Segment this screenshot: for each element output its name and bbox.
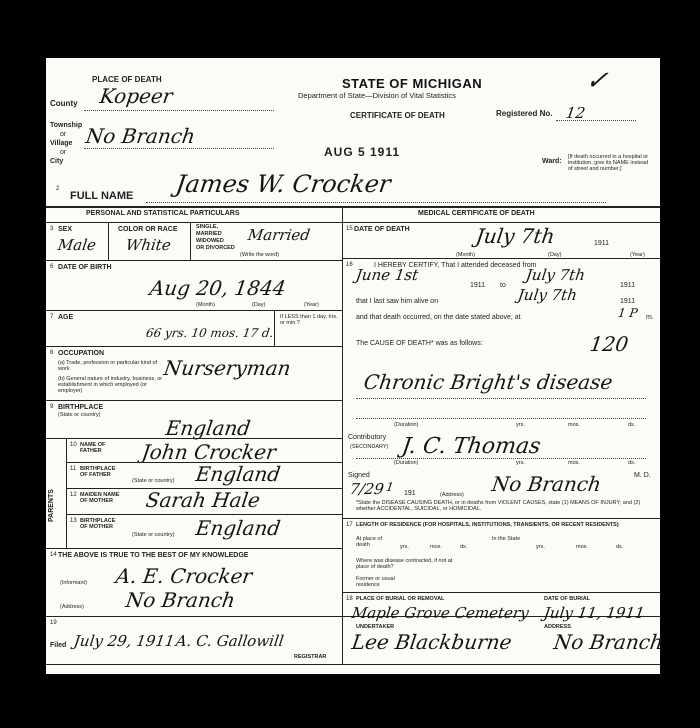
or-text: or: [60, 131, 66, 139]
birthplace-value: England: [164, 416, 252, 440]
time-unit: m.: [646, 314, 654, 322]
informant-statement: THE ABOVE IS TRUE TO THE BEST OF MY KNOW…: [58, 552, 248, 560]
residence-unit: ds.: [460, 544, 467, 550]
burial-place-value: Maple Grove Cemetery: [351, 604, 530, 622]
filed-date-value: July 29, 1911: [73, 632, 176, 650]
contributory-label: Contributory: [348, 434, 386, 442]
former-residence-label: Former or usual residence: [356, 576, 416, 588]
row-number: 18: [346, 596, 353, 603]
duration-unit: mos.: [568, 460, 580, 466]
cause-footnote: *State the DISEASE CAUSING DEATH, or in …: [356, 500, 656, 512]
full-name-value: James W. Crocker: [174, 170, 392, 198]
last-saw-year: 1911: [620, 298, 635, 306]
filed-label: Filed: [50, 642, 66, 650]
color-label: COLOR OR RACE: [118, 226, 178, 234]
signed-label: Signed: [348, 472, 370, 480]
duration-unit: yrs.: [516, 460, 525, 466]
cause-label: The CAUSE OF DEATH* was as follows:: [356, 340, 483, 348]
marital-hint: (Write the word): [240, 252, 279, 258]
duration-label: (Duration): [394, 422, 418, 428]
last-saw-text: that I last saw him alive on: [356, 298, 438, 306]
registered-no-value: 12: [565, 104, 587, 122]
attended-to-year: 1911: [620, 282, 635, 290]
to-text: to: [500, 282, 506, 290]
row-number: 19: [50, 620, 57, 627]
occupation-a: (a) Trade, profession or particular kind…: [58, 360, 158, 372]
row-number: 9: [50, 404, 53, 411]
ward-label: Ward:: [542, 158, 562, 166]
mother-name-value: Sarah Hale: [144, 488, 261, 512]
marital-option: WIDOWED: [196, 238, 224, 244]
secondary-label: (SECONDARY): [350, 444, 388, 450]
residence-label: LENGTH OF RESIDENCE (FOR HOSPITALS, INST…: [356, 522, 656, 528]
in-state-label: In the State: [492, 536, 532, 542]
village-value: No Branch: [84, 124, 196, 148]
at-place-label: At place of death: [356, 536, 396, 548]
duration-label: (Duration): [394, 460, 418, 466]
certificate-title: CERTIFICATE OF DEATH: [350, 112, 445, 121]
ward-note: [If death occurred in a hospital or inst…: [568, 154, 654, 172]
informant-address-value: No Branch: [124, 588, 236, 612]
date-of-death-year: 1911: [594, 240, 609, 248]
registrar-signature: A. C. Gallowill: [175, 632, 285, 650]
row-number: 13: [70, 518, 77, 525]
row-number: 16: [346, 262, 353, 269]
informant-value: A. E. Crocker: [114, 564, 253, 588]
burial-date-value: July 11, 1911: [543, 604, 646, 622]
residence-unit: ds.: [616, 544, 623, 550]
row-number: 7: [50, 314, 53, 321]
dob-hint: (Day): [252, 302, 265, 308]
color-value: White: [125, 236, 172, 254]
mother-birthplace-hint: (State or country): [132, 532, 175, 538]
undertaker-address-value: No Branch: [552, 630, 664, 654]
mother-name-label: MAIDEN NAME OF MOTHER: [80, 492, 120, 504]
date-of-death-label: DATE OF DEATH: [354, 226, 410, 234]
attended-from-value: June 1st: [355, 266, 420, 284]
cause-value: Chronic Bright's disease: [362, 370, 614, 394]
undertaker-value: Lee Blackburne: [350, 630, 513, 654]
dob-hint: (Month): [196, 302, 215, 308]
occupation-b: (b) General nature of industry, business…: [58, 376, 168, 394]
row-number: 14: [50, 552, 57, 559]
attended-to-value: July 7th: [525, 266, 586, 284]
department-name: Department of State—Division of Vital St…: [298, 92, 456, 100]
residence-unit: mos.: [576, 544, 588, 550]
residence-unit: yrs.: [400, 544, 409, 550]
burial-place-label: PLACE OF BURIAL OR REMOVAL: [356, 596, 444, 602]
row-number: 10: [70, 442, 77, 449]
row-number: 11: [70, 466, 76, 473]
row-number: 15: [346, 226, 353, 233]
father-birthplace-label: BIRTHPLACE OF FATHER: [80, 466, 120, 478]
check-mark: ✓: [584, 66, 610, 96]
sex-value: Male: [57, 236, 98, 254]
date-of-death-value: July 7th: [474, 224, 556, 248]
city-label: City: [50, 158, 63, 166]
marital-option: OR DIVORCED: [196, 245, 235, 251]
physician-signature: J. C. Thomas: [400, 434, 542, 459]
father-name-value: John Crocker: [140, 440, 277, 464]
md-suffix: M. D.: [634, 472, 651, 480]
marital-option: SINGLE,: [196, 224, 218, 230]
duration-unit: yrs.: [516, 422, 525, 428]
marital-status-value: Married: [247, 226, 311, 244]
medical-section-title: MEDICAL CERTIFICATE OF DEATH: [418, 210, 535, 218]
row-number: 17: [346, 522, 353, 529]
parents-label: PARENTS: [48, 489, 56, 522]
father-birthplace-hint: (State or country): [132, 478, 175, 484]
personal-section-title: PERSONAL AND STATISTICAL PARTICULARS: [86, 210, 239, 218]
death-occurred-text: and that death occurred, on the date sta…: [356, 314, 521, 322]
state-title: STATE OF MICHIGAN: [342, 76, 482, 91]
duration-unit: ds.: [628, 422, 635, 428]
attended-from-year: 1911: [470, 282, 485, 290]
registered-no-label: Registered No.: [496, 110, 552, 119]
sex-label: SEX: [58, 226, 72, 234]
age-less-label: If LESS than 1 day, hrs. or min.?: [280, 314, 338, 326]
informant-address-label: (Address): [60, 604, 84, 610]
signed-date-value: 7/29: [349, 480, 385, 498]
row-number: 3: [50, 226, 53, 233]
row-number: 2: [56, 186, 59, 193]
full-name-label: FULL NAME: [70, 190, 133, 202]
county-label: County: [50, 100, 78, 109]
row-number: 8: [50, 350, 53, 357]
dob-hint: (Year): [304, 302, 319, 308]
county-value: Kopeer: [98, 84, 174, 108]
dob-value: Aug 20, 1844: [148, 276, 287, 300]
dob-label: DATE OF BIRTH: [58, 264, 112, 272]
father-birthplace-value: England: [194, 462, 282, 486]
birthplace-label: BIRTHPLACE: [58, 404, 103, 412]
age-label: AGE: [58, 314, 73, 322]
marital-option: MARRIED: [196, 231, 222, 237]
duration-unit: mos.: [568, 422, 580, 428]
age-value: 66 yrs. 10 mos. 17 d.: [145, 326, 274, 340]
residence-unit: mos.: [430, 544, 442, 550]
physician-address-value: No Branch: [490, 472, 602, 496]
informant-label: (Informant): [60, 580, 87, 586]
signed-year-prefix: 191: [404, 490, 416, 498]
receipt-date-stamp: AUG 5 1911: [324, 146, 400, 159]
cause-code: 120: [588, 332, 630, 356]
signed-year: 1: [385, 480, 395, 494]
contracted-label: Where was disease contracted, if not at …: [356, 558, 466, 570]
mother-birthplace-value: England: [194, 516, 282, 540]
township-label: Township: [50, 122, 82, 130]
occupation-value: Nurseryman: [162, 356, 292, 380]
birthplace-hint: (State or country): [58, 412, 101, 418]
sig-address-label: (Address): [440, 492, 464, 498]
mother-birthplace-label: BIRTHPLACE OF MOTHER: [80, 518, 120, 530]
burial-date-label: DATE OF BURIAL: [544, 596, 590, 602]
row-number: 12: [70, 492, 77, 499]
village-label: Village: [50, 140, 72, 148]
father-name-label: NAME OF FATHER: [80, 442, 120, 454]
duration-unit: ds.: [628, 460, 635, 466]
or-text: or: [60, 149, 66, 157]
row-number: 6: [50, 264, 53, 271]
occupation-label: OCCUPATION: [58, 350, 104, 358]
residence-unit: yrs.: [536, 544, 545, 550]
last-saw-value: July 7th: [517, 286, 578, 304]
registrar-label: REGISTRAR: [294, 654, 326, 660]
death-time-value: 1 P: [617, 306, 638, 320]
death-certificate: PLACE OF DEATH STATE OF MICHIGAN Departm…: [46, 58, 660, 674]
